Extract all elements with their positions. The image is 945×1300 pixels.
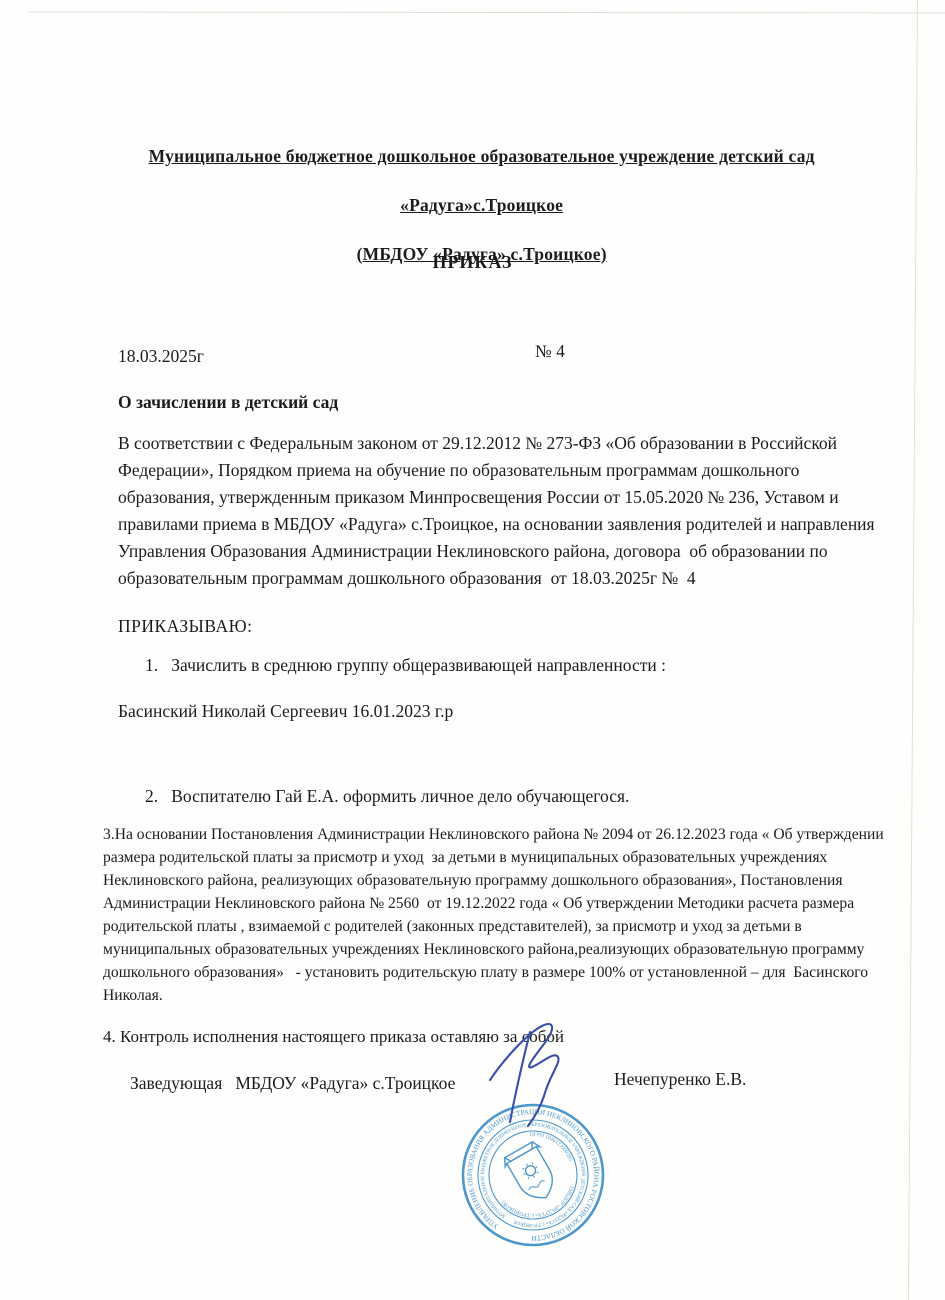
scanned-order-document: Муниципальное бюджетное дошкольное образ… xyxy=(0,0,945,1300)
signatory-name: Нечепуренко Е.В. xyxy=(614,1069,746,1090)
doc-title: ПРИКАЗ xyxy=(60,252,885,273)
signatory-role: Заведующая МБДОУ «Радуга» с.Троицкое xyxy=(130,1073,455,1094)
enrolled-child-line: Басинский Николай Сергеевич 16.01.2023 г… xyxy=(118,701,878,722)
scan-artifact-right-line xyxy=(908,0,918,1300)
order-item-3: 3.На основании Постановления Администрац… xyxy=(103,823,909,1007)
stamp-emblem-shield-icon xyxy=(501,1140,563,1208)
doc-date: 18.03.2025г xyxy=(118,346,204,367)
scan-artifact-top-line xyxy=(28,12,945,14)
order-item-2: 2. Воспитателю Гай Е.А. оформить личное … xyxy=(145,786,885,807)
org-header-line-2: «Радуга»с.Троицкое xyxy=(400,195,563,215)
org-header-line-1: Муниципальное бюджетное дошкольное образ… xyxy=(149,146,815,166)
decree-keyword: ПРИКАЗЫВАЮ: xyxy=(118,616,252,637)
doc-subject: О зачислении в детский сад xyxy=(118,392,338,413)
stamp-sun-icon xyxy=(520,1160,542,1182)
stamp-wave-line xyxy=(528,1180,545,1192)
order-item-1: 1. Зачислить в среднюю группу общеразвив… xyxy=(145,655,885,676)
doc-number: № 4 xyxy=(535,341,565,362)
handwritten-signature xyxy=(468,1018,598,1133)
preamble-paragraph: В соответствии с Федеральным законом от … xyxy=(118,430,878,592)
